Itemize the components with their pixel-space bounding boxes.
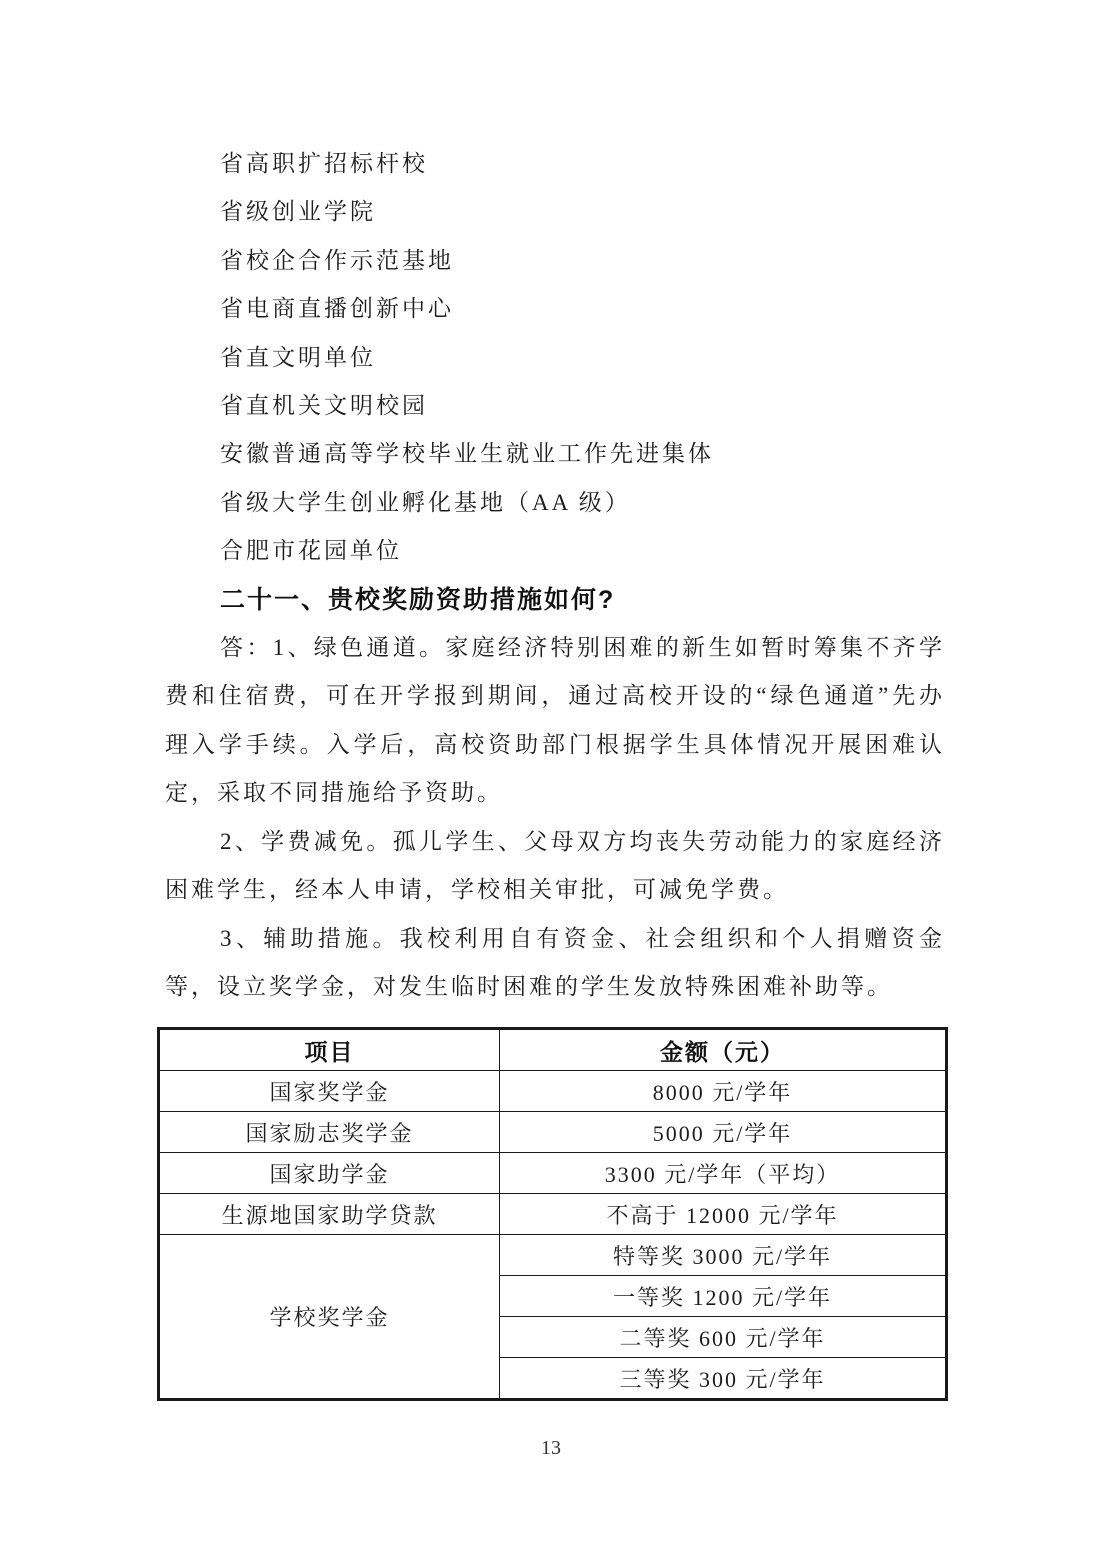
table-header-row: 项目 金额（元） bbox=[159, 1029, 947, 1071]
table-row: 国家助学金 3300 元/学年（平均） bbox=[159, 1153, 947, 1194]
amount-cell: 特等奖 3000 元/学年 bbox=[500, 1235, 947, 1276]
honor-item: 合肥市花园单位 bbox=[165, 527, 945, 575]
item-cell: 国家奖学金 bbox=[159, 1071, 500, 1112]
item-cell: 国家助学金 bbox=[159, 1153, 500, 1194]
answer-paragraph: 答：1、绿色通道。家庭经济特别困难的新生如暂时筹集不齐学费和住宿费，可在开学报到… bbox=[165, 624, 945, 818]
item-cell: 国家励志奖学金 bbox=[159, 1112, 500, 1153]
table-row: 国家奖学金 8000 元/学年 bbox=[159, 1071, 947, 1112]
amount-cell: 三等奖 300 元/学年 bbox=[500, 1358, 947, 1400]
answer-paragraph: 2、学费减免。孤儿学生、父母双方均丧失劳动能力的家庭经济困难学生，经本人申请，学… bbox=[165, 818, 945, 915]
honor-item: 省级创业学院 bbox=[165, 188, 945, 236]
amount-cell: 3300 元/学年（平均） bbox=[500, 1153, 947, 1194]
honor-item: 省级大学生创业孵化基地（AA 级） bbox=[165, 479, 945, 527]
honor-item: 省高职扩招标杆校 bbox=[165, 140, 945, 188]
amount-cell: 二等奖 600 元/学年 bbox=[500, 1317, 947, 1358]
honor-item: 省直机关文明校园 bbox=[165, 382, 945, 430]
honor-item: 安徽普通高等学校毕业生就业工作先进集体 bbox=[165, 430, 945, 478]
table-row: 学校奖学金 特等奖 3000 元/学年 bbox=[159, 1235, 947, 1276]
table-header-amount: 金额（元） bbox=[500, 1029, 947, 1071]
amount-cell: 不高于 12000 元/学年 bbox=[500, 1194, 947, 1235]
page-content: 省高职扩招标杆校 省级创业学院 省校企合作示范基地 省电商直播创新中心 省直文明… bbox=[165, 140, 945, 1401]
table-row: 国家励志奖学金 5000 元/学年 bbox=[159, 1112, 947, 1153]
document-page: 省高职扩招标杆校 省级创业学院 省校企合作示范基地 省电商直播创新中心 省直文明… bbox=[0, 0, 1102, 1559]
answer-paragraph: 3、辅助措施。我校利用自有资金、社会组织和个人捐赠资金等，设立奖学金，对发生临时… bbox=[165, 915, 945, 1012]
amount-cell: 一等奖 1200 元/学年 bbox=[500, 1276, 947, 1317]
amount-cell: 8000 元/学年 bbox=[500, 1071, 947, 1112]
table-row: 生源地国家助学贷款 不高于 12000 元/学年 bbox=[159, 1194, 947, 1235]
item-cell: 生源地国家助学贷款 bbox=[159, 1194, 500, 1235]
scholarship-table: 项目 金额（元） 国家奖学金 8000 元/学年 国家励志奖学金 5000 元/… bbox=[157, 1027, 948, 1401]
table-header-item: 项目 bbox=[159, 1029, 500, 1071]
honor-item: 省校企合作示范基地 bbox=[165, 237, 945, 285]
page-number: 13 bbox=[0, 1437, 1102, 1460]
honor-item: 省直文明单位 bbox=[165, 334, 945, 382]
amount-cell: 5000 元/学年 bbox=[500, 1112, 947, 1153]
section-heading: 二十一、贵校奖励资助措施如何? bbox=[165, 576, 945, 624]
item-cell-merged: 学校奖学金 bbox=[159, 1235, 500, 1400]
honor-item: 省电商直播创新中心 bbox=[165, 285, 945, 333]
